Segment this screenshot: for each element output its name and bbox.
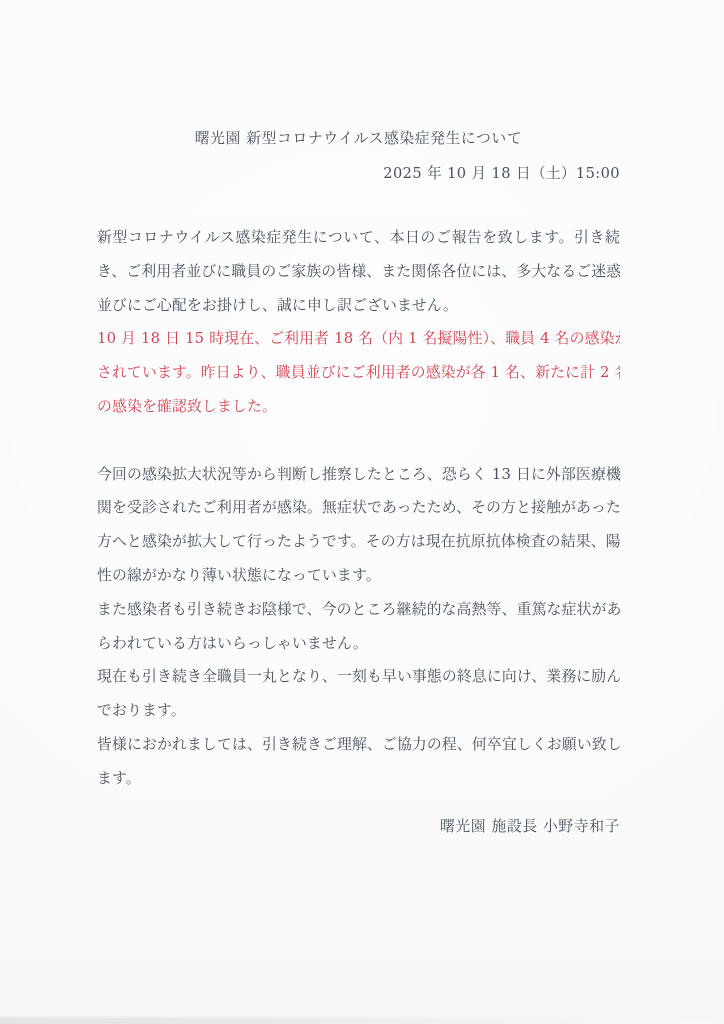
text-line: き、ご利用者並びに職員のご家族の皆様、また関係各位には、多大なるご迷惑 <box>97 255 620 289</box>
text-line: 並びにご心配をお掛けし、誠に申し訳ございません。 <box>97 289 620 323</box>
body-paragraph: 今回の感染拡大状況等から判断し推察したところ、恐らく 13 日に外部医療機関を受… <box>97 458 620 796</box>
text-line: ます。 <box>97 762 620 796</box>
paragraph-spacer <box>97 424 620 458</box>
alert-paragraph: 10 月 18 日 15 時現在、ご利用者 18 名（内 1 名擬陽性）、職員 … <box>97 322 620 423</box>
document-datetime: 2025 年 10 月 18 日（土）15:00 <box>97 162 620 186</box>
text-line: の感染を確認致しました。 <box>97 390 620 424</box>
scanned-letter-page: 曙光園 新型コロナウイルス感染症発生について 2025 年 10 月 18 日（… <box>0 0 724 1024</box>
text-line: 方へと感染が拡大して行ったようです。その方は現在抗原抗体検査の結果、陽 <box>97 525 620 559</box>
text-line: されています。昨日より、職員並びにご利用者の感染が各 1 名、新たに計 2 名 <box>97 356 620 390</box>
text-line: 10 月 18 日 15 時現在、ご利用者 18 名（内 1 名擬陽性）、職員 … <box>97 322 620 356</box>
text-line: 現在も引き続き全職員一丸となり、一刻も早い事態の終息に向け、業務に励ん <box>97 660 620 694</box>
text-line: でおります。 <box>97 694 620 728</box>
text-line: 性の線がかなり薄い状態になっています。 <box>97 559 620 593</box>
text-line: 皆様におかれましては、引き続きご理解、ご協力の程、何卒宜しくお願い致し <box>97 728 620 762</box>
scan-edge-shadow <box>0 1018 724 1024</box>
text-line: また感染者も引き続きお陰様で、今のところ継続的な高熱等、重篤な症状があ <box>97 593 620 627</box>
text-line: 今回の感染拡大状況等から判断し推察したところ、恐らく 13 日に外部医療機 <box>97 458 620 492</box>
text-line: 関を受診されたご利用者が感染。無症状であったため、その方と接触があった <box>97 491 620 525</box>
letter-body: 新型コロナウイルス感染症発生について、本日のご報告を致します。引き続き、ご利用者… <box>97 221 620 796</box>
text-line: 新型コロナウイルス感染症発生について、本日のご報告を致します。引き続 <box>97 221 620 255</box>
body-paragraph: 新型コロナウイルス感染症発生について、本日のご報告を致します。引き続き、ご利用者… <box>97 221 620 322</box>
document-title: 曙光園 新型コロナウイルス感染症発生について <box>97 127 620 151</box>
signature-line: 曙光園 施設長 小野寺和子 <box>97 815 620 839</box>
text-line: らわれている方はいらっしゃいません。 <box>97 627 620 661</box>
